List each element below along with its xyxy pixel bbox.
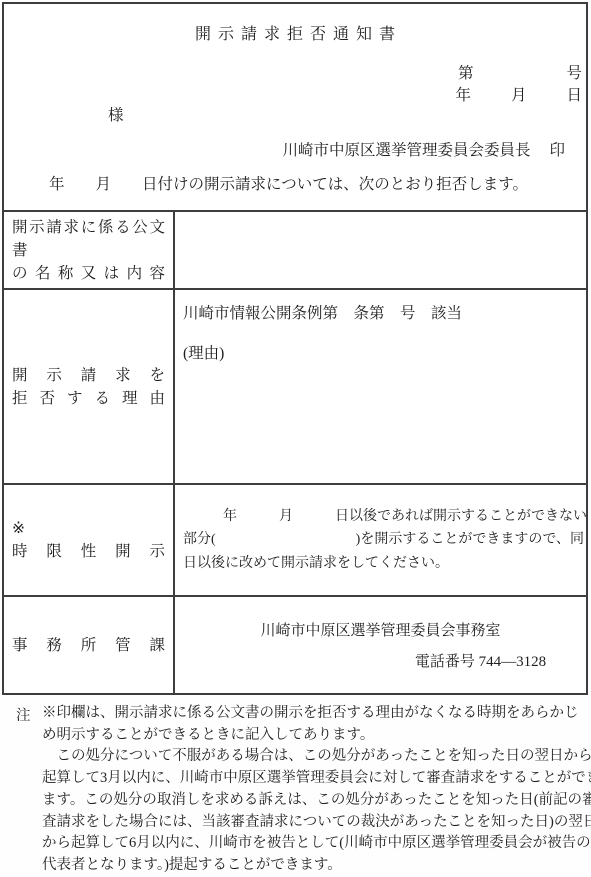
doc-number-suffix: 号 xyxy=(566,61,582,83)
date-day-label: 日 xyxy=(566,83,582,105)
row-refusal-reason: 開 示 請 求 を 拒 否 す る 理 由 川崎市情報公開条例第 条第 号 該当… xyxy=(4,288,586,483)
issuer-name: 川崎市中原区選挙管理委員会委員長 xyxy=(282,138,530,160)
form-box: 開 示 請 求 拒 否 通 知 書 第 号 年 月 日 様 川崎市中原区選挙管理… xyxy=(2,2,588,695)
footnotes: 注 ※印欄は、開示請求に係る公文書の開示を拒否する理由がなくなる時期をあらかじ … xyxy=(0,703,591,877)
seal-mark: 印 xyxy=(549,138,565,160)
form-table: 開示請求に係る公文書 の 名 称 又 は 内 容 開 示 請 求 を 拒 否 す… xyxy=(4,210,586,693)
time-limited-line2: 部分( )を開示することができますので、同 xyxy=(183,528,587,552)
office-name: 川崎市中原区選挙管理委員会事務室 xyxy=(183,619,578,640)
issuer-line: 川崎市中原区選挙管理委員会委員長 印 xyxy=(4,138,586,160)
label-line: 拒 否 す る 理 由 xyxy=(12,387,165,410)
note-marker: 注 xyxy=(16,704,31,725)
note-line: 査請求をした場合には、当該審査請求についての裁決があったことを知った日)の翌日 xyxy=(42,812,591,834)
row-time-limited-label: ※ 時 限 性 開 示 xyxy=(4,485,175,595)
intro-sentence: 年 月 日付けの開示請求については、次のとおり拒否します。 xyxy=(49,172,528,194)
label-line: 開示請求に係る公文書 xyxy=(12,216,165,262)
date-year-label: 年 xyxy=(455,83,471,105)
label-line: 事 務 所 管 課 xyxy=(12,634,165,657)
time-limited-line1: 年 月 日以後であれば開示することができない xyxy=(183,505,587,529)
note-line: ※印欄は、開示請求に係る公文書の開示を拒否する理由がなくなる時期をあらかじ xyxy=(42,703,591,725)
label-line: 時 限 性 開 示 xyxy=(12,540,165,563)
note-line: 起算して3月以内に、川崎市中原区選挙管理委員会に対して審査請求をすることができ xyxy=(42,768,591,790)
asterisk-mark: ※ xyxy=(12,517,165,540)
note-line: から起算して6月以内に、川崎市を被告として(川崎市中原区選挙管理委員会が被告の xyxy=(42,833,591,855)
addressee-suffix: 様 xyxy=(108,103,124,125)
row-document-name: 開示請求に係る公文書 の 名 称 又 は 内 容 xyxy=(4,210,586,288)
row-time-limited-content: 年 月 日以後であれば開示することができない 部分( )を開示することができます… xyxy=(175,485,591,595)
row-document-name-content xyxy=(175,212,586,288)
row-office-in-charge: 事 務 所 管 課 川崎市中原区選挙管理委員会事務室 電話番号 744—3128 xyxy=(4,595,586,693)
label-line: 開 示 請 求 を xyxy=(12,364,165,387)
ordinance-clause-line: 川崎市情報公開条例第 条第 号 該当 xyxy=(183,301,578,323)
form-header: 開 示 請 求 拒 否 通 知 書 第 号 年 月 日 様 川崎市中原区選挙管理… xyxy=(4,4,586,210)
time-limited-line3: 日以後に改めて開示請求をしてください。 xyxy=(183,552,587,576)
date-month-label: 月 xyxy=(511,83,527,105)
note-line: め明示することができるときに記入してあります。 xyxy=(42,725,591,747)
reason-heading: (理由) xyxy=(183,341,578,363)
document-page: 開 示 請 求 拒 否 通 知 書 第 号 年 月 日 様 川崎市中原区選挙管理… xyxy=(0,0,591,877)
row-refusal-reason-content: 川崎市情報公開条例第 条第 号 該当 (理由) xyxy=(175,290,586,483)
row-office-label: 事 務 所 管 課 xyxy=(4,597,175,693)
note-line: この処分について不服がある場合は、この処分があったことを知った日の翌日から xyxy=(42,746,591,768)
row-time-limited-disclosure: ※ 時 限 性 開 示 年 月 日以後であれば開示することができない 部分( )… xyxy=(4,483,586,595)
note-line: ます。この処分の取消しを求める訴えは、この処分があったことを知った日(前記の審 xyxy=(42,790,591,812)
document-number-line: 第 号 xyxy=(458,61,582,83)
note-line: 代表者となります。)提起することができます。 xyxy=(42,855,591,877)
row-office-content: 川崎市中原区選挙管理委員会事務室 電話番号 744—3128 xyxy=(175,597,586,693)
doc-number-prefix: 第 xyxy=(458,61,474,83)
row-refusal-reason-label: 開 示 請 求 を 拒 否 す る 理 由 xyxy=(4,290,175,483)
issue-date-line: 年 月 日 xyxy=(455,83,582,105)
label-line: の 名 称 又 は 内 容 xyxy=(12,262,165,285)
office-phone: 電話番号 744—3128 xyxy=(283,650,591,671)
row-document-name-label: 開示請求に係る公文書 の 名 称 又 は 内 容 xyxy=(4,212,175,288)
document-title: 開 示 請 求 拒 否 通 知 書 xyxy=(4,21,586,44)
